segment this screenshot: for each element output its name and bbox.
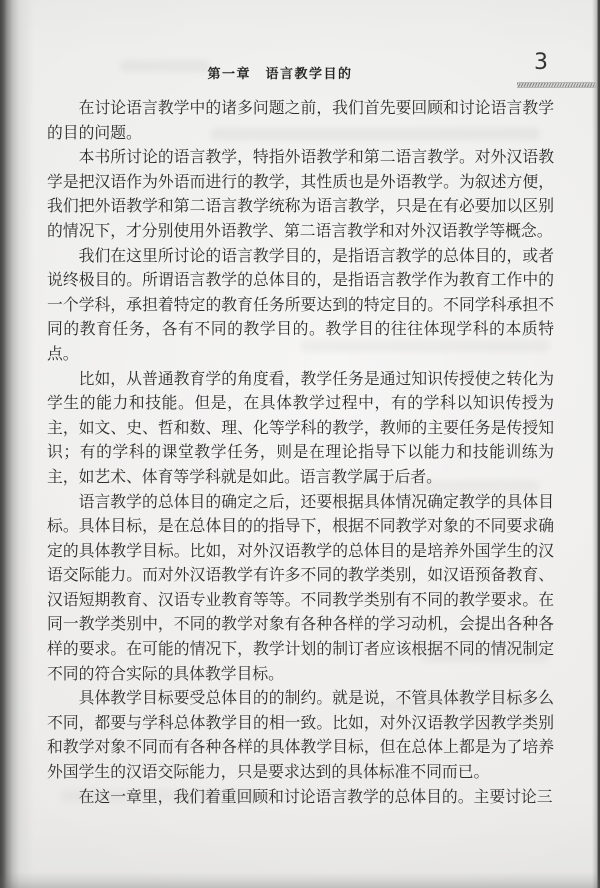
scanned-book-page: 第一章 语言教学目的 3 在讨论语言教学中的诸多问题之前，我们首先要回顾和讨论语…	[0, 0, 600, 888]
page-number-decorative-rule	[517, 82, 600, 88]
left-binding-shadow	[0, 0, 34, 888]
body-paragraph-4: 比如，从普通教育学的角度看，教学任务是通过知识传授使之转化为学生的能力和技能。但…	[47, 368, 554, 491]
right-page-edge-shadow	[592, 0, 600, 888]
body-paragraph-2: 本书所讨论的语言教学，特指外语教学和第二语言教学。对外汉语教学是把汉语作为外语而…	[47, 146, 554, 244]
body-paragraph-7: 在这一章里，我们着重回顾和讨论语言教学的总体目的。主要讨论三	[47, 786, 554, 811]
body-text: 在讨论语言教学中的诸多问题之前，我们首先要回顾和讨论语言教学的目的问题。 本书所…	[47, 97, 554, 810]
body-paragraph-1: 在讨论语言教学中的诸多问题之前，我们首先要回顾和讨论语言教学的目的问题。	[47, 97, 554, 146]
chapter-title: 第一章 语言教学目的	[30, 63, 530, 82]
page-number: 3	[534, 50, 574, 75]
bottom-page-edge-shadow	[0, 872, 600, 888]
body-paragraph-6: 具体教学目标要受总体目的的制约。就是说，不管具体教学目标多么不同，都要与学科总体…	[47, 687, 554, 785]
body-paragraph-5: 语言教学的总体目的确定之后，还要根据具体情况确定教学的具体目标。具体目标，是在总…	[47, 491, 554, 688]
body-paragraph-3: 我们在这里所讨论的语言教学目的，是指语言教学的总体目的，或者说终极目的。所谓语言…	[47, 245, 554, 368]
